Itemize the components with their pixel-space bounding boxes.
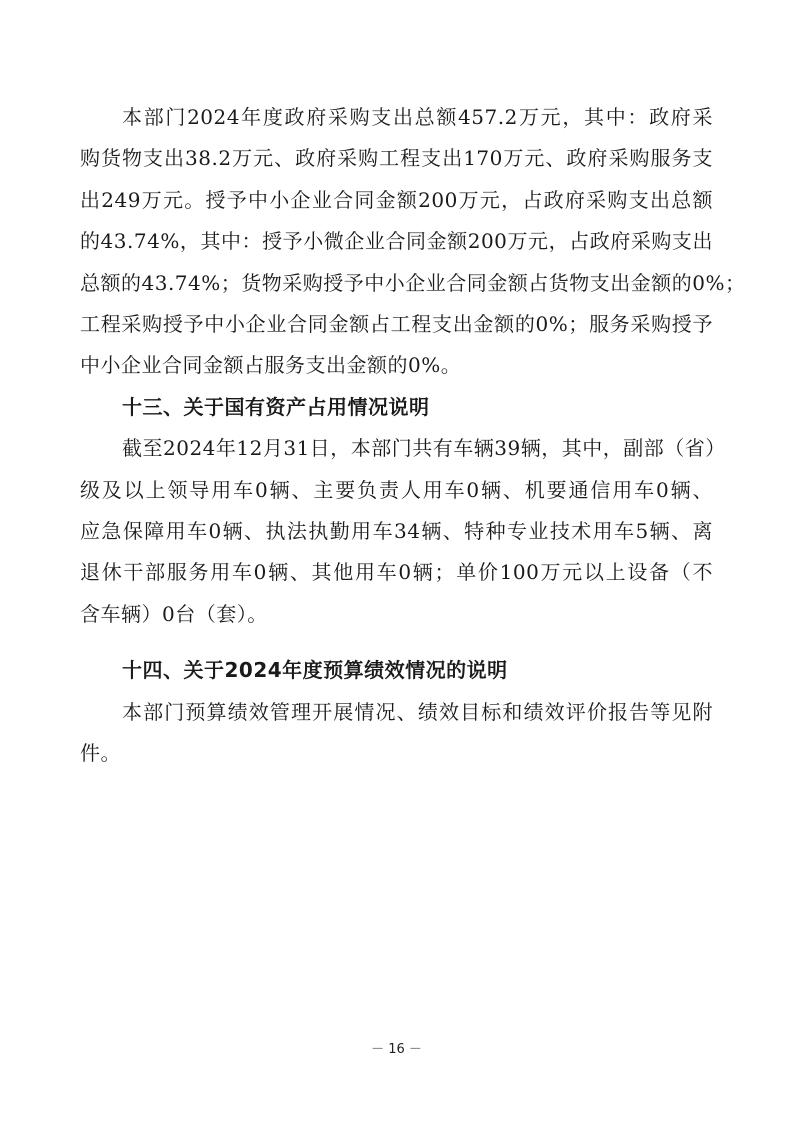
document-page: 本部门2024年度政府采购支出总额457.2万元，其中：政府采 购货物支出38.… — [0, 0, 793, 1122]
procurement-paragraph-line: 中小企业合同金额占服务支出金额的0%。 — [80, 350, 713, 380]
section-14-heading: 十四、关于2024年度预算绩效情况的说明 — [122, 655, 713, 685]
assets-paragraph-line: 截至2024年12月31日，本部门共有车辆39辆，其中，副部（省） — [122, 433, 713, 463]
procurement-paragraph-line: 总额的43.74%；货物采购授予中小企业合同金额占货物支出金额的0%； — [80, 268, 713, 298]
page-number: － 16 － — [0, 1038, 793, 1057]
procurement-paragraph-line: 购货物支出38.2万元、政府采购工程支出170万元、政府采购服务支 — [80, 143, 713, 173]
performance-paragraph-line: 本部门预算绩效管理开展情况、绩效目标和绩效评价报告等见附 — [122, 697, 713, 727]
procurement-paragraph-line: 的43.74%，其中：授予小微企业合同金额200万元，占政府采购支出 — [80, 226, 713, 256]
assets-paragraph-line: 级及以上领导用车0辆、主要负责人用车0辆、机要通信用车0辆、 — [80, 475, 713, 505]
section-13-heading: 十三、关于国有资产占用情况说明 — [122, 392, 713, 422]
procurement-paragraph-line: 出249万元。授予中小企业合同金额200万元，占政府采购支出总额 — [80, 185, 713, 215]
procurement-paragraph-line: 本部门2024年度政府采购支出总额457.2万元，其中：政府采 — [122, 102, 713, 132]
procurement-paragraph-line: 工程采购授予中小企业合同金额占工程支出金额的0%；服务采购授予 — [80, 309, 713, 339]
assets-paragraph-line: 退休干部服务用车0辆、其他用车0辆；单价100万元以上设备（不 — [80, 557, 713, 587]
performance-paragraph-line: 件。 — [80, 738, 713, 768]
assets-paragraph-line: 应急保障用车0辆、执法执勤用车34辆、特种专业技术用车5辆、离 — [80, 516, 713, 546]
assets-paragraph-line: 含车辆）0台（套）。 — [80, 599, 713, 629]
